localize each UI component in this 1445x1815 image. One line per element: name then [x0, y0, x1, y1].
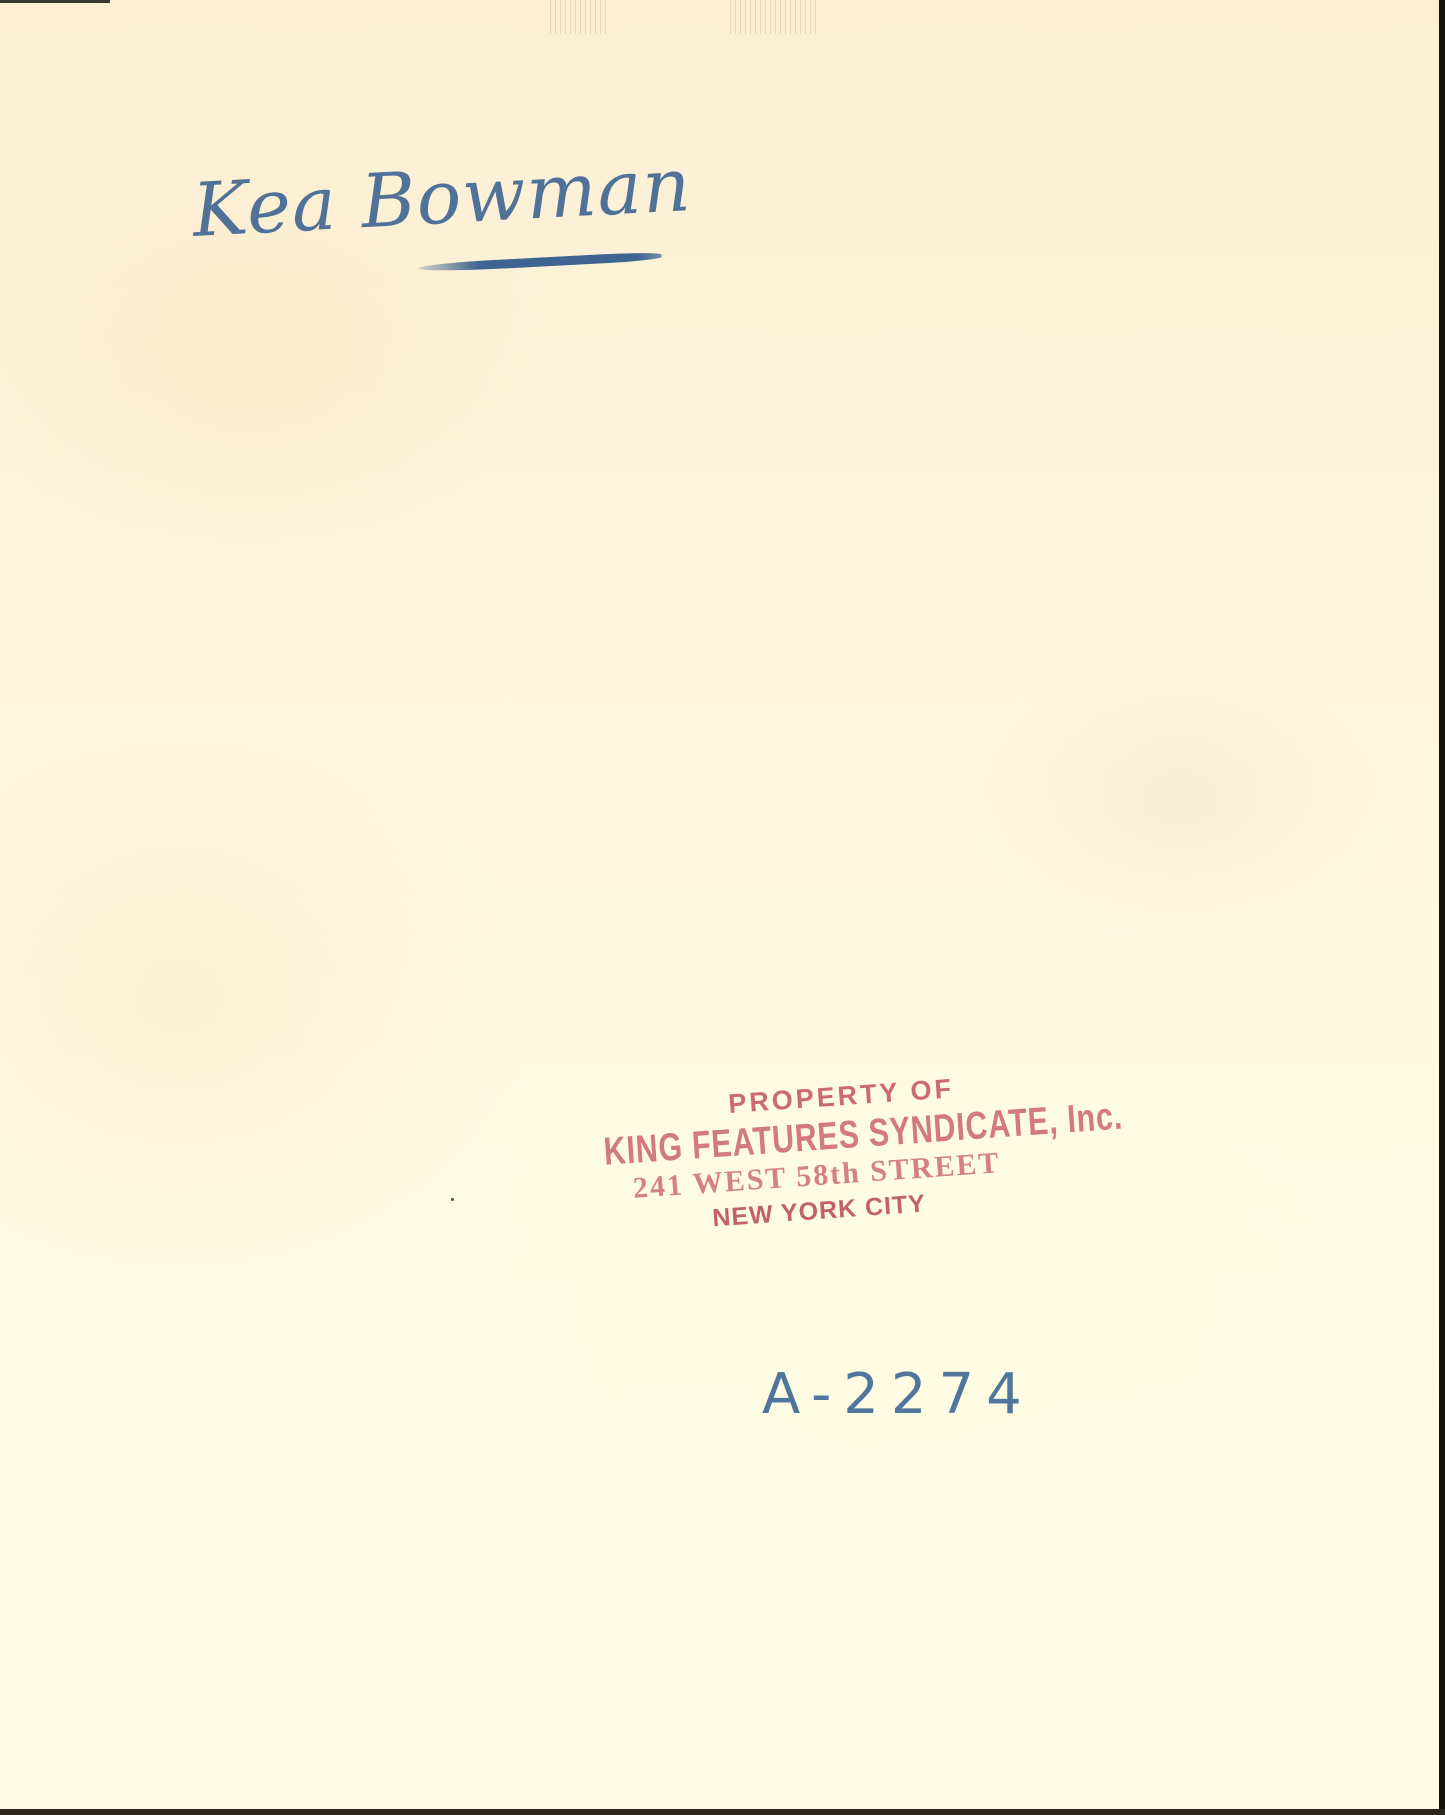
handwritten-reference-number: A-2274 [762, 1362, 1034, 1427]
ownership-stamp: PROPERTY OF KING FEATURES SYNDICATE, Inc… [540, 1056, 1095, 1333]
scan-edge-right [1439, 0, 1445, 1815]
name-underline [418, 251, 662, 273]
paper-stain [550, 0, 610, 34]
photo-back-paper: Kea Bowman PROPERTY OF KING FEATURES SYN… [0, 0, 1440, 1809]
paper-stain [730, 0, 820, 34]
top-left-edge-shadow [0, 0, 110, 3]
ink-speck [451, 1198, 454, 1201]
scan-edge-bottom [0, 1809, 1445, 1815]
handwritten-name: Kea Bowman [190, 142, 693, 254]
